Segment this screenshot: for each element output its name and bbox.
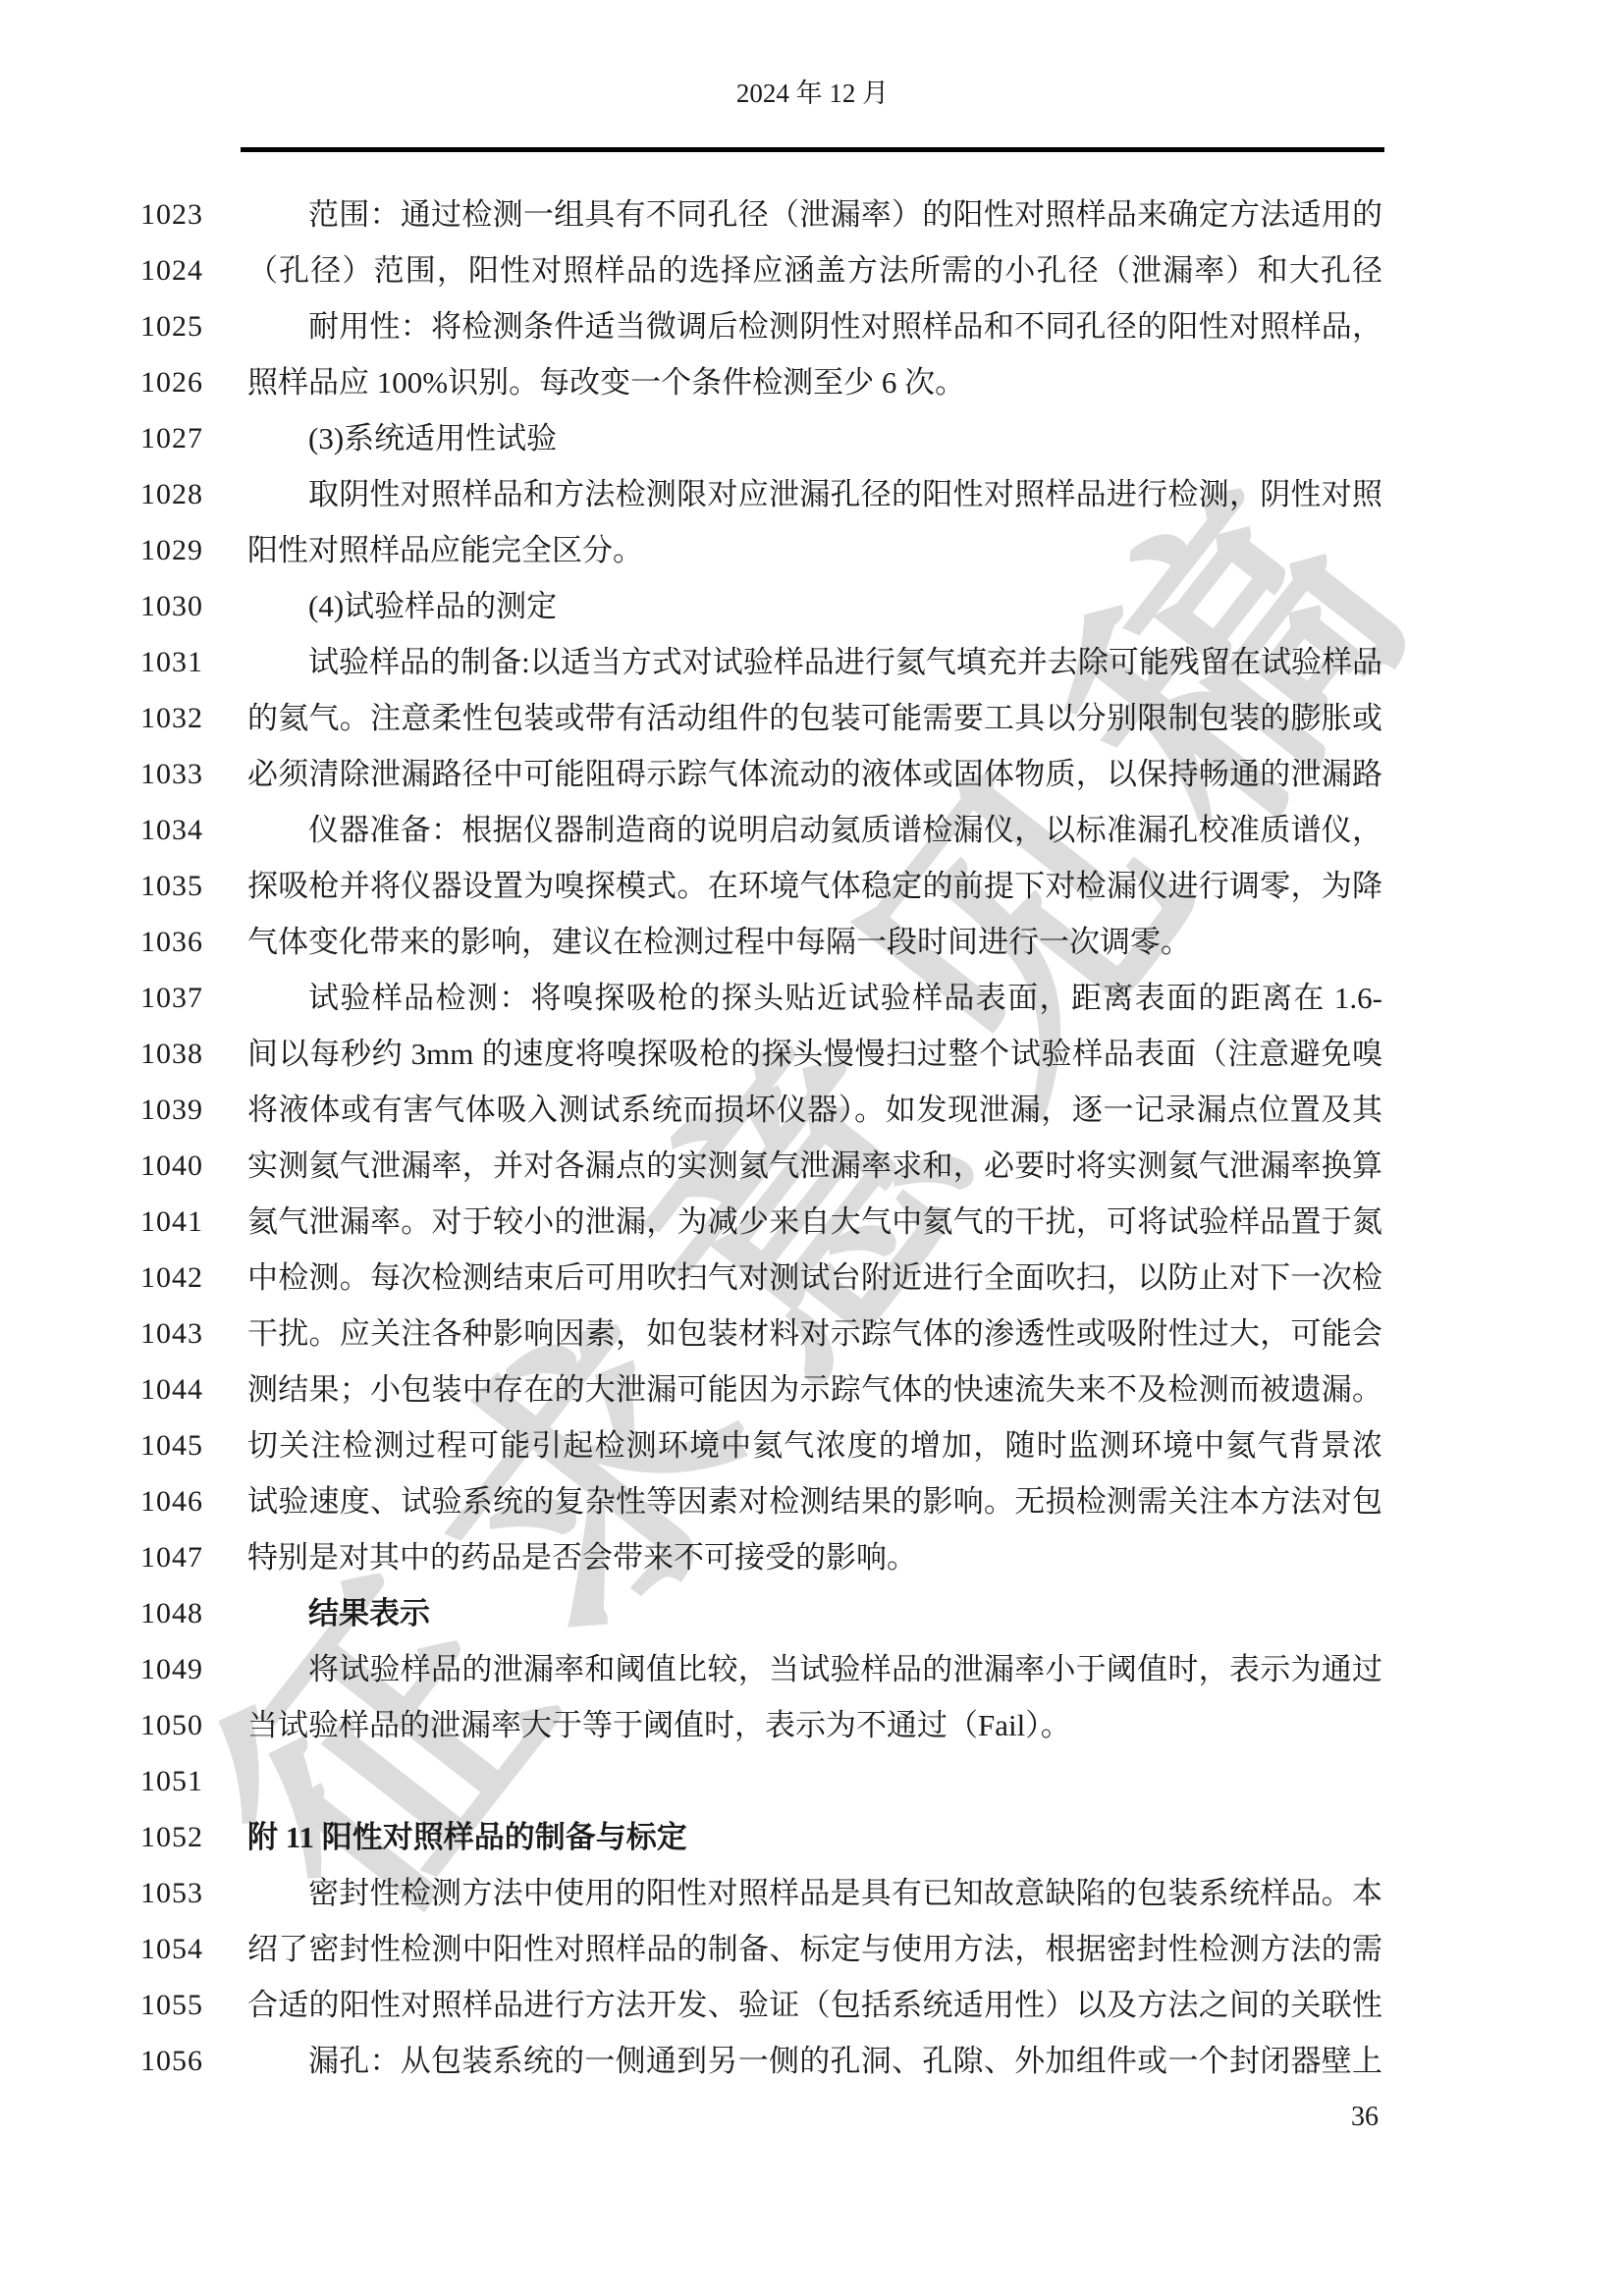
line-number: 1043	[140, 1306, 247, 1362]
line-text: 合适的阳性对照样品进行方法开发、验证（包括系统适用性）以及方法之间的关联性研究。	[247, 1977, 1382, 2033]
line-number: 1028	[140, 466, 247, 522]
line-number: 1039	[140, 1082, 247, 1138]
text-line: 1049将试验样品的泄漏率和阈值比较，当试验样品的泄漏率小于阈值时，表示为通过（…	[140, 1641, 1382, 1697]
line-number: 1038	[140, 1026, 247, 1082]
line-text: (3)系统适用性试验	[247, 410, 1382, 466]
line-number: 1025	[140, 298, 247, 354]
text-line: 1056漏孔：从包装系统的一侧通到另一侧的孔洞、孔隙、外加组件或一个封闭器壁上的…	[140, 2033, 1382, 2089]
line-text: 试验速度、试验系统的复杂性等因素对检测结果的影响。无损检测需关注本方法对包装系统…	[247, 1473, 1382, 1529]
line-text: 切关注检测过程可能引起检测环境中氦气浓度的增加，随时监测环境中氦气背景浓度，关注	[247, 1417, 1382, 1473]
line-text: 将试验样品的泄漏率和阈值比较，当试验样品的泄漏率小于阈值时，表示为通过（Pass…	[247, 1641, 1382, 1697]
line-number: 1037	[140, 970, 247, 1026]
line-text: 中检测。每次检测结束后可用吹扫气对测试台附近进行全面吹扫，以防止对下一次检测产生	[247, 1250, 1382, 1306]
line-text: 气体变化带来的影响，建议在检测过程中每隔一段时间进行一次调零。	[247, 914, 1382, 970]
line-number: 1030	[140, 578, 247, 634]
text-line: 1040实测氦气泄漏率，并对各漏点的实测氦气泄漏率求和，必要时将实测氦气泄漏率换…	[140, 1138, 1382, 1194]
text-line: 1031试验样品的制备:以适当方式对试验样品进行氦气填充并去除可能残留在试验样品…	[140, 634, 1382, 690]
line-text: 特别是对其中的药品是否会带来不可接受的影响。	[247, 1529, 1382, 1585]
text-line: 1029阳性对照样品应能完全区分。	[140, 522, 1382, 578]
line-number: 1052	[140, 1809, 247, 1865]
line-number: 1054	[140, 1921, 247, 1977]
line-text: 试验样品检测：将嗅探吸枪的探头贴近试验样品表面，距离表面的距离在 1.6-3mm…	[247, 970, 1382, 1026]
text-line: 1050当试验样品的泄漏率大于等于阈值时，表示为不通过（Fail）。	[140, 1697, 1382, 1753]
line-text: 干扰。应关注各种影响因素，如包装材料对示踪气体的渗透性或吸附性过大，可能会影响检	[247, 1306, 1382, 1362]
page-header-date: 2024 年 12 月	[241, 74, 1384, 113]
text-line: 1048结果表示	[140, 1585, 1382, 1641]
line-number: 1053	[140, 1865, 247, 1921]
line-text: 当试验样品的泄漏率大于等于阈值时，表示为不通过（Fail）。	[247, 1697, 1382, 1753]
line-number: 1041	[140, 1194, 247, 1250]
text-line: 1045切关注检测过程可能引起检测环境中氦气浓度的增加，随时监测环境中氦气背景浓…	[140, 1417, 1382, 1473]
text-line: 1051	[140, 1753, 1382, 1809]
line-number: 1029	[140, 522, 247, 578]
line-text: 试验样品的制备:以适当方式对试验样品进行氦气填充并去除可能残留在试验样品表面	[247, 634, 1382, 690]
line-number: 1024	[140, 242, 247, 298]
text-line: 1052附 11 阳性对照样品的制备与标定	[140, 1809, 1382, 1865]
line-number: 1032	[140, 690, 247, 746]
line-number: 1036	[140, 914, 247, 970]
line-text: 间以每秒约 3mm 的速度将嗅探吸枪的探头慢慢扫过整个试验样品表面（注意避免嗅探…	[247, 1026, 1382, 1082]
line-text: 阳性对照样品应能完全区分。	[247, 522, 1382, 578]
line-number: 1056	[140, 2033, 247, 2089]
line-number: 1031	[140, 634, 247, 690]
line-text: 密封性检测方法中使用的阳性对照样品是具有已知故意缺陷的包装系统样品。本原则介	[247, 1865, 1382, 1921]
line-text: 的氦气。注意柔性包装或带有活动组件的包装可能需要工具以分别限制包装的膨胀或移动。	[247, 690, 1382, 746]
line-number: 1045	[140, 1417, 247, 1473]
line-text: 探吸枪并将仪器设置为嗅探模式。在环境气体稳定的前提下对检漏仪进行调零，为降低环境	[247, 858, 1382, 914]
text-line: 1047特别是对其中的药品是否会带来不可接受的影响。	[140, 1529, 1382, 1585]
text-line: 1036气体变化带来的影响，建议在检测过程中每隔一段时间进行一次调零。	[140, 914, 1382, 970]
text-line: 1055合适的阳性对照样品进行方法开发、验证（包括系统适用性）以及方法之间的关联…	[140, 1977, 1382, 2033]
text-line: 1024（孔径）范围，阳性对照样品的选择应涵盖方法所需的小孔径（泄漏率）和大孔径…	[140, 242, 1382, 298]
text-line: 1046试验速度、试验系统的复杂性等因素对检测结果的影响。无损检测需关注本方法对…	[140, 1473, 1382, 1529]
text-line: 1030(4)试验样品的测定	[140, 578, 1382, 634]
document-page: 征求意见稿 2024 年 12 月 1023范围：通过检测一组具有不同孔径（泄漏…	[0, 0, 1624, 2296]
line-text: （孔径）范围，阳性对照样品的选择应涵盖方法所需的小孔径（泄漏率）和大孔径（泄漏率…	[247, 242, 1382, 298]
line-number: 1047	[140, 1529, 247, 1585]
section-heading: 结果表示	[247, 1585, 1382, 1641]
line-number: 1044	[140, 1362, 247, 1417]
line-text: 漏孔：从包装系统的一侧通到另一侧的孔洞、孔隙、外加组件或一个封闭器壁上的其他	[247, 2033, 1382, 2089]
line-number: 1033	[140, 746, 247, 802]
text-line: 1033必须清除泄漏路径中可能阻碍示踪气体流动的液体或固体物质，以保持畅通的泄漏…	[140, 746, 1382, 802]
text-line: 1023范围：通过检测一组具有不同孔径（泄漏率）的阳性对照样品来确定方法适用的泄…	[140, 187, 1382, 242]
line-text: 范围：通过检测一组具有不同孔径（泄漏率）的阳性对照样品来确定方法适用的泄漏率	[247, 187, 1382, 242]
line-number: 1050	[140, 1697, 247, 1753]
line-text: 耐用性：将检测条件适当微调后检测阴性对照样品和不同孔径的阳性对照样品，所有对	[247, 298, 1382, 354]
text-line: 1054绍了密封性检测中阳性对照样品的制备、标定与使用方法，根据密封性检测方法的…	[140, 1921, 1382, 1977]
text-line: 1042中检测。每次检测结束后可用吹扫气对测试台附近进行全面吹扫，以防止对下一次…	[140, 1250, 1382, 1306]
line-number: 1046	[140, 1473, 247, 1529]
line-text: 照样品应 100%识别。每改变一个条件检测至少 6 次。	[247, 354, 1382, 410]
text-line: 1043干扰。应关注各种影响因素，如包装材料对示踪气体的渗透性或吸附性过大，可能…	[140, 1306, 1382, 1362]
text-line: 1025耐用性：将检测条件适当微调后检测阴性对照样品和不同孔径的阳性对照样品，所…	[140, 298, 1382, 354]
line-text: 必须清除泄漏路径中可能阻碍示踪气体流动的液体或固体物质，以保持畅通的泄漏路径。	[247, 746, 1382, 802]
appendix-heading: 附 11 阳性对照样品的制备与标定	[247, 1809, 1382, 1865]
line-text: (4)试验样品的测定	[247, 578, 1382, 634]
text-line: 1038间以每秒约 3mm 的速度将嗅探吸枪的探头慢慢扫过整个试验样品表面（注意…	[140, 1026, 1382, 1082]
text-line: 1039将液体或有害气体吸入测试系统而损坏仪器）。如发现泄漏，逐一记录漏点位置及…	[140, 1082, 1382, 1138]
text-line: 1037试验样品检测：将嗅探吸枪的探头贴近试验样品表面，距离表面的距离在 1.6…	[140, 970, 1382, 1026]
line-number: 1027	[140, 410, 247, 466]
line-number: 1034	[140, 802, 247, 858]
text-line: 1027(3)系统适用性试验	[140, 410, 1382, 466]
text-line: 1034仪器准备：根据仪器制造商的说明启动氦质谱检漏仪，以标准漏孔校准质谱仪，连…	[140, 802, 1382, 858]
text-line: 1026照样品应 100%识别。每改变一个条件检测至少 6 次。	[140, 354, 1382, 410]
line-text: 仪器准备：根据仪器制造商的说明启动氦质谱检漏仪，以标准漏孔校准质谱仪，连接嗅	[247, 802, 1382, 858]
text-line: 1028取阴性对照样品和方法检测限对应泄漏孔径的阳性对照样品进行检测，阴性对照样…	[140, 466, 1382, 522]
line-number: 1042	[140, 1250, 247, 1306]
line-text: 测结果；小包装中存在的大泄漏可能因为示踪气体的快速流失来不及检测而被遗漏。需要密	[247, 1362, 1382, 1417]
page-number: 36	[1306, 2098, 1424, 2137]
line-number: 1035	[140, 858, 247, 914]
text-line: 1044测结果；小包装中存在的大泄漏可能因为示踪气体的快速流失来不及检测而被遗漏…	[140, 1362, 1382, 1417]
header-rule	[241, 147, 1384, 152]
line-number: 1026	[140, 354, 247, 410]
document-body: 1023范围：通过检测一组具有不同孔径（泄漏率）的阳性对照样品来确定方法适用的泄…	[140, 187, 1382, 2089]
line-text: 实测氦气泄漏率，并对各漏点的实测氦气泄漏率求和，必要时将实测氦气泄漏率换算到真实	[247, 1138, 1382, 1194]
line-number: 1049	[140, 1641, 247, 1697]
line-number: 1040	[140, 1138, 247, 1194]
line-number: 1055	[140, 1977, 247, 2033]
text-line: 1041氦气泄漏率。对于较小的泄漏，为减少来自大气中氦气的干扰，可将试验样品置于…	[140, 1194, 1382, 1250]
line-text	[247, 1753, 1382, 1809]
line-text: 氦气泄漏率。对于较小的泄漏，为减少来自大气中氦气的干扰，可将试验样品置于氮气氛围	[247, 1194, 1382, 1250]
text-line: 1032的氦气。注意柔性包装或带有活动组件的包装可能需要工具以分别限制包装的膨胀…	[140, 690, 1382, 746]
line-number: 1023	[140, 187, 247, 242]
text-line: 1035探吸枪并将仪器设置为嗅探模式。在环境气体稳定的前提下对检漏仪进行调零，为…	[140, 858, 1382, 914]
line-text: 绍了密封性检测中阳性对照样品的制备、标定与使用方法，根据密封性检测方法的需要选择	[247, 1921, 1382, 1977]
text-line: 1053密封性检测方法中使用的阳性对照样品是具有已知故意缺陷的包装系统样品。本原…	[140, 1865, 1382, 1921]
line-text: 取阴性对照样品和方法检测限对应泄漏孔径的阳性对照样品进行检测，阴性对照样品与	[247, 466, 1382, 522]
line-number: 1048	[140, 1585, 247, 1641]
line-number: 1051	[140, 1753, 247, 1809]
line-text: 将液体或有害气体吸入测试系统而损坏仪器）。如发现泄漏，逐一记录漏点位置及其对应的	[247, 1082, 1382, 1138]
